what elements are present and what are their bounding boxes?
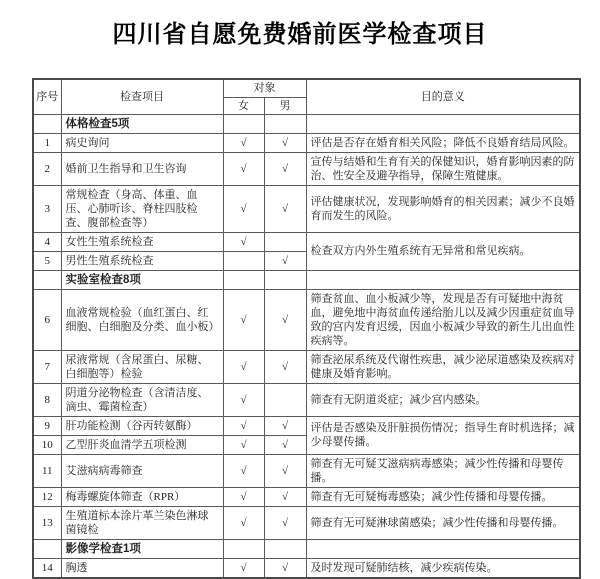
cell-item: 血液常规检验（血红蛋白、红细胞、白细胞及分类、血小板）	[61, 289, 223, 350]
cell-check-male	[264, 232, 306, 251]
cell-item: 艾滋病病毒筛查	[61, 454, 223, 487]
section-row: 影像学检查1项	[33, 539, 580, 558]
item-row: 7尿液常规（含尿蛋白、尿糖、白细胞等）检验√√筛查泌尿系统及代谢性疾患，减少泌尿…	[33, 350, 580, 383]
section-label: 影像学检查1项	[61, 539, 223, 558]
cell-purpose-empty	[306, 270, 580, 289]
item-row: 12梅毒螺旋体筛查（RPR）√√筛查有无可疑梅毒感染；减少性传播和母婴传播。	[33, 487, 580, 506]
cell-check-male: √	[264, 435, 306, 454]
table-header: 序号 检查项目 对象 目的意义 女 男	[33, 79, 580, 114]
cell-purpose: 评估是否存在婚育相关风险；降低不良婚育结局风险。	[306, 133, 580, 152]
cell-item: 尿液常规（含尿蛋白、尿糖、白细胞等）检验	[61, 350, 223, 383]
cell-purpose-empty	[306, 114, 580, 133]
cell-check-female: √	[223, 185, 264, 232]
cell-seq: 12	[33, 487, 61, 506]
header-male: 男	[264, 97, 306, 114]
cell-seq: 13	[33, 506, 61, 539]
cell-check-male: √	[264, 416, 306, 435]
header-target: 对象	[223, 79, 306, 97]
header-purpose: 目的意义	[306, 79, 580, 114]
item-row: 9肝功能检测（谷丙转氨酶）√√评估是否感染及肝脏损伤情况；指导生育时机选择；减少…	[33, 416, 580, 435]
cell-check-male: √	[264, 133, 306, 152]
table-body: 体格检查5项1病史询问√√评估是否存在婚育相关风险；降低不良婚育结局风险。2婚前…	[33, 114, 580, 578]
item-row: 13生殖道标本涂片革兰染色淋球菌镜检√√筛查有无可疑淋球菌感染；减少性传播和母婴…	[33, 506, 580, 539]
cell-check-female: √	[223, 350, 264, 383]
page-title: 四川省自愿免费婚前医学检查项目	[0, 14, 600, 49]
cell-check-female: √	[223, 435, 264, 454]
section-row: 实验室检查8项	[33, 270, 580, 289]
cell-purpose: 筛查有无可疑艾滋病病毒感染；减少性传播和母婴传播。	[306, 454, 580, 487]
cell-check-female-empty	[223, 270, 264, 289]
cell-purpose: 筛查有无可疑梅毒感染；减少性传播和母婴传播。	[306, 487, 580, 506]
cell-check-female: √	[223, 416, 264, 435]
item-row: 2婚前卫生指导和卫生咨询√√宣传与结婚和生育有关的保健知识，婚育影响因素的防治、…	[33, 152, 580, 185]
cell-check-male: √	[264, 487, 306, 506]
cell-seq: 8	[33, 383, 61, 416]
item-row: 3常规检查（身高、体重、血压、心肺听诊、脊柱四肢检查、腹部检查等）√√评估健康状…	[33, 185, 580, 232]
cell-purpose: 评估健康状况，发现影响婚育的相关因素；减少不良婚育而发生的风险。	[306, 185, 580, 232]
cell-item: 常规检查（身高、体重、血压、心肺听诊、脊柱四肢检查、腹部检查等）	[61, 185, 223, 232]
cell-seq: 3	[33, 185, 61, 232]
cell-check-male: √	[264, 251, 306, 270]
cell-seq: 5	[33, 251, 61, 270]
cell-check-female: √	[223, 289, 264, 350]
cell-seq: 9	[33, 416, 61, 435]
cell-purpose: 检查双方内外生殖系统有无异常和常见疾病。	[306, 232, 580, 270]
cell-check-male: √	[264, 289, 306, 350]
cell-check-female: √	[223, 454, 264, 487]
cell-check-male: √	[264, 506, 306, 539]
cell-check-female: √	[223, 232, 264, 251]
section-label: 实验室检查8项	[61, 270, 223, 289]
cell-purpose: 宣传与结婚和生育有关的保健知识，婚育影响因素的防治、性安全及避孕指导，保障生殖健…	[306, 152, 580, 185]
cell-check-male: √	[264, 558, 306, 578]
cell-purpose: 评估是否感染及肝脏损伤情况；指导生育时机选择；减少母婴传播。	[306, 416, 580, 454]
cell-check-male-empty	[264, 114, 306, 133]
cell-check-female: √	[223, 133, 264, 152]
cell-check-female-empty	[223, 539, 264, 558]
cell-check-female: √	[223, 558, 264, 578]
cell-check-male	[264, 383, 306, 416]
cell-purpose: 筛查泌尿系统及代谢性疾患，减少泌尿道感染及疾病对健康及婚育影响。	[306, 350, 580, 383]
section-label: 体格检查5项	[61, 114, 223, 133]
cell-seq: 7	[33, 350, 61, 383]
cell-check-male: √	[264, 454, 306, 487]
exam-table: 序号 检查项目 对象 目的意义 女 男 体格检查5项1病史询问√√评估是否存在婚…	[32, 78, 581, 579]
cell-seq: 11	[33, 454, 61, 487]
cell-seq-empty	[33, 270, 61, 289]
header-female: 女	[223, 97, 264, 114]
cell-check-female: √	[223, 506, 264, 539]
cell-check-male-empty	[264, 270, 306, 289]
cell-check-female-empty	[223, 114, 264, 133]
cell-seq: 14	[33, 558, 61, 578]
cell-seq: 10	[33, 435, 61, 454]
cell-item: 阴道分泌物检查（含清洁度、滴虫、霉菌检查）	[61, 383, 223, 416]
cell-seq-empty	[33, 539, 61, 558]
cell-check-female: √	[223, 487, 264, 506]
cell-check-male: √	[264, 185, 306, 232]
item-row: 1病史询问√√评估是否存在婚育相关风险；降低不良婚育结局风险。	[33, 133, 580, 152]
cell-seq: 4	[33, 232, 61, 251]
cell-seq: 2	[33, 152, 61, 185]
cell-item: 乙型肝炎血清学五项检测	[61, 435, 223, 454]
cell-item: 生殖道标本涂片革兰染色淋球菌镜检	[61, 506, 223, 539]
item-row: 6血液常规检验（血红蛋白、红细胞、白细胞及分类、血小板）√√筛查贫血、血小板减少…	[33, 289, 580, 350]
section-row: 体格检查5项	[33, 114, 580, 133]
cell-purpose: 筛查有无可疑淋球菌感染；减少性传播和母婴传播。	[306, 506, 580, 539]
cell-item: 病史询问	[61, 133, 223, 152]
cell-check-female	[223, 251, 264, 270]
item-row: 11艾滋病病毒筛查√√筛查有无可疑艾滋病病毒感染；减少性传播和母婴传播。	[33, 454, 580, 487]
cell-purpose: 及时发现可疑肺结核，减少疾病传染。	[306, 558, 580, 578]
cell-purpose: 筛查贫血、血小板减少等，发现是否有可疑地中海贫血，避免地中海贫血传递给胎儿以及减…	[306, 289, 580, 350]
cell-item: 梅毒螺旋体筛查（RPR）	[61, 487, 223, 506]
item-row: 4女性生殖系统检查√检查双方内外生殖系统有无异常和常见疾病。	[33, 232, 580, 251]
cell-item: 婚前卫生指导和卫生咨询	[61, 152, 223, 185]
cell-purpose-empty	[306, 539, 580, 558]
item-row: 8阴道分泌物检查（含清洁度、滴虫、霉菌检查）√筛查有无阴道炎症；减少宫内感染。	[33, 383, 580, 416]
cell-seq: 1	[33, 133, 61, 152]
cell-check-male-empty	[264, 539, 306, 558]
item-row: 14胸透√√及时发现可疑肺结核，减少疾病传染。	[33, 558, 580, 578]
cell-item: 胸透	[61, 558, 223, 578]
cell-check-male: √	[264, 152, 306, 185]
cell-check-female: √	[223, 383, 264, 416]
cell-seq: 6	[33, 289, 61, 350]
header-item: 检查项目	[61, 79, 223, 114]
cell-item: 男性生殖系统检查	[61, 251, 223, 270]
header-seq: 序号	[33, 79, 61, 114]
cell-purpose: 筛查有无阴道炎症；减少宫内感染。	[306, 383, 580, 416]
cell-check-male: √	[264, 350, 306, 383]
cell-item: 肝功能检测（谷丙转氨酶）	[61, 416, 223, 435]
header-row-1: 序号 检查项目 对象 目的意义	[33, 79, 580, 97]
cell-seq-empty	[33, 114, 61, 133]
cell-item: 女性生殖系统检查	[61, 232, 223, 251]
cell-check-female: √	[223, 152, 264, 185]
